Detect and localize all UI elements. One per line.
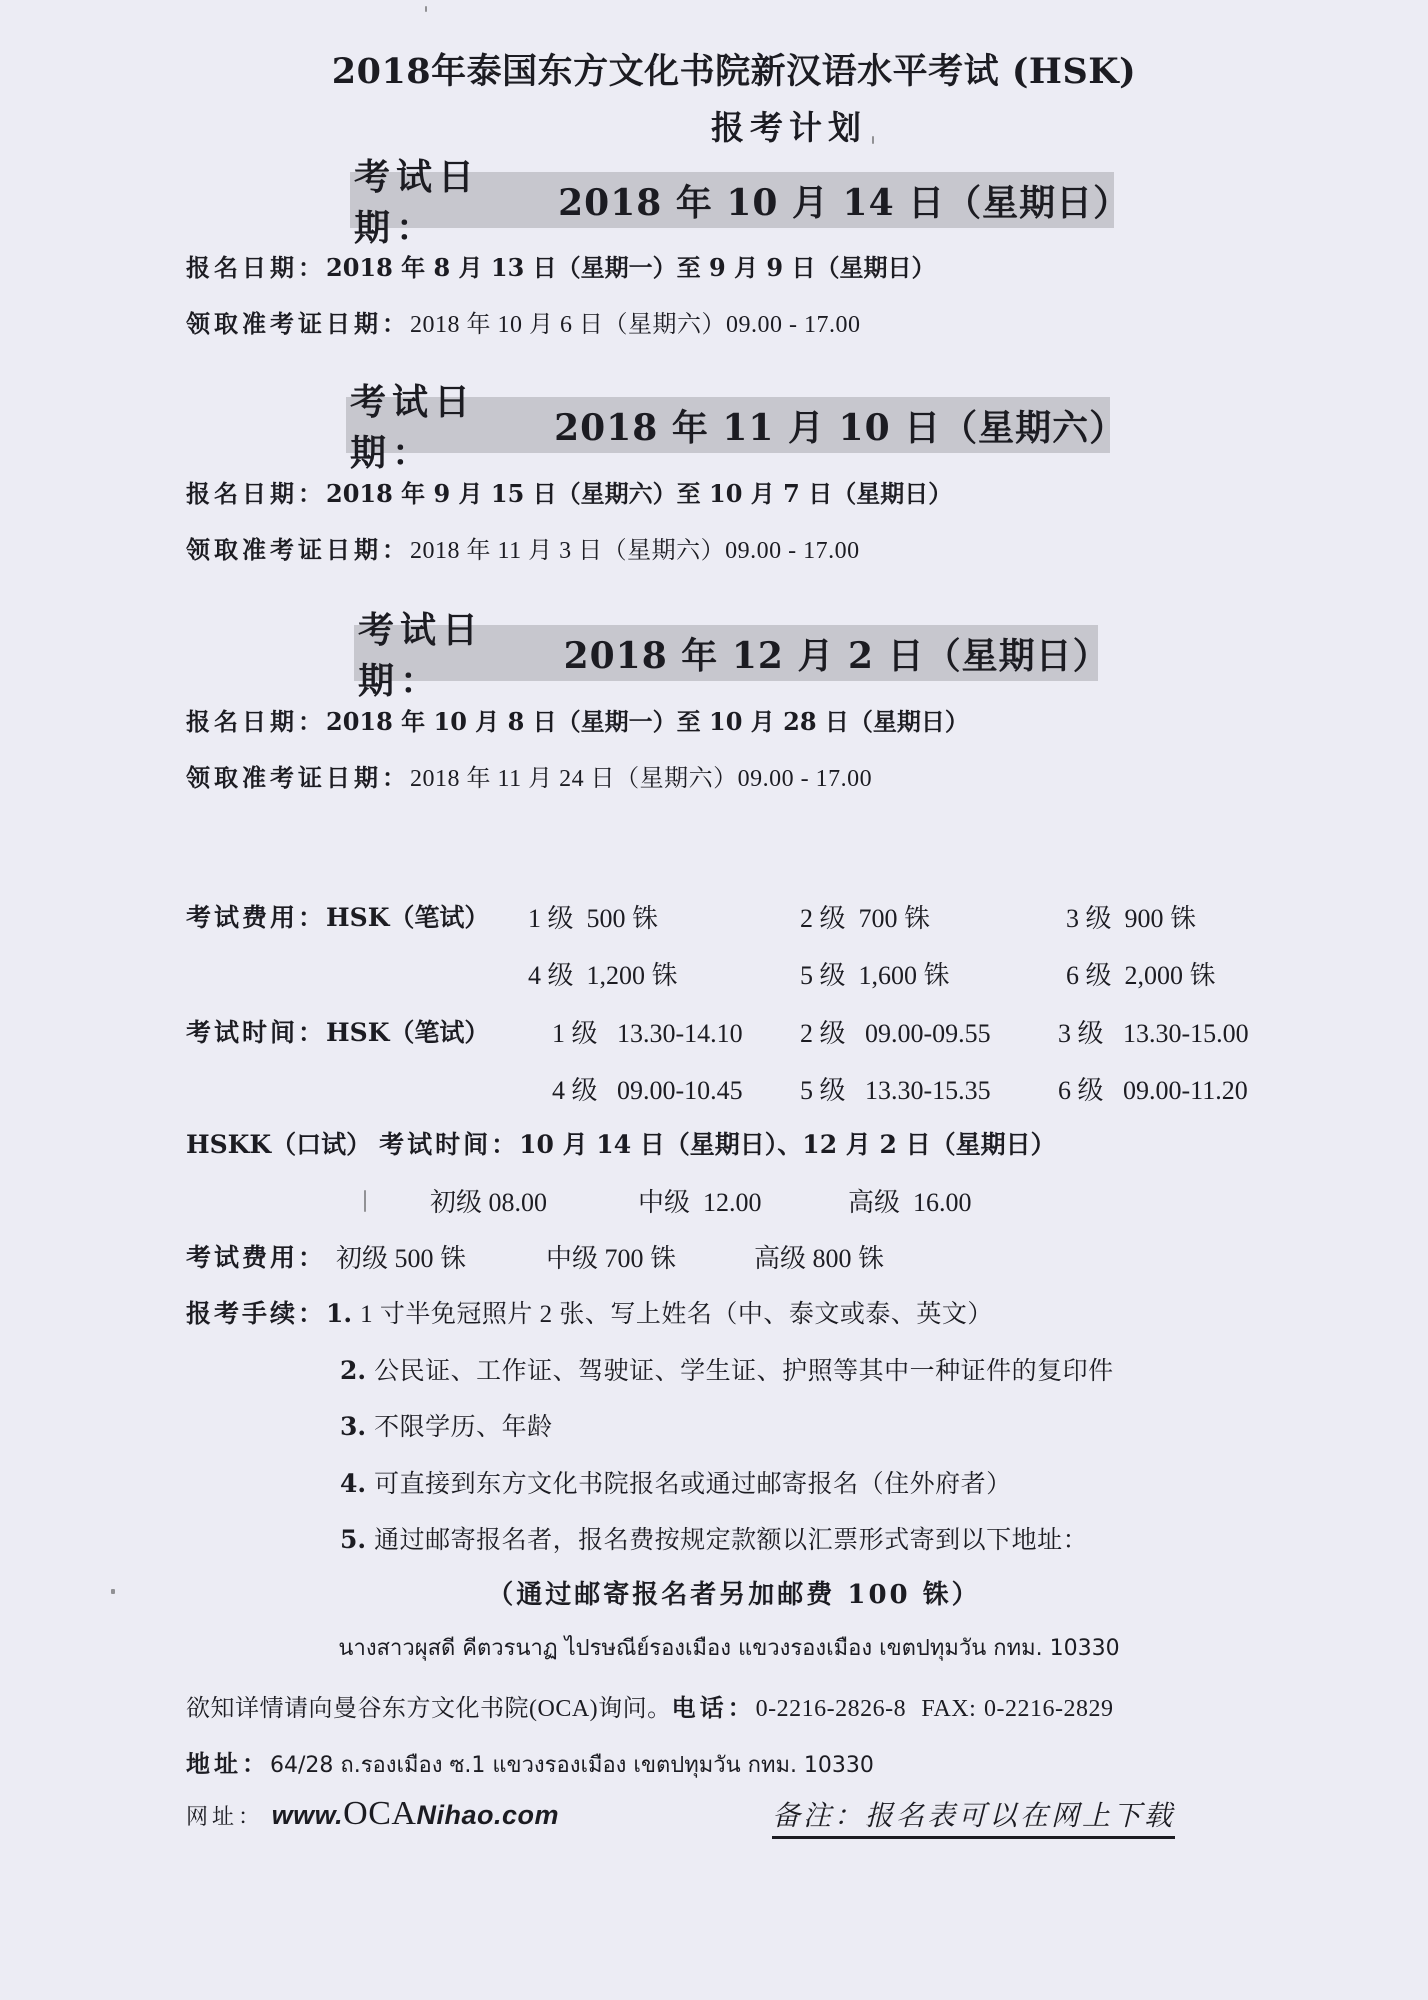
hskk-time-advanced: 高级 16.00 [848, 1182, 972, 1219]
time-cell-level-3: 3 级 13.30-15.00 [1058, 1013, 1249, 1050]
inquiry-text: 欲知详情请向曼谷东方文化书院(OCA)询问。 [186, 1696, 672, 1722]
ticket-value: 2018 年 11 月 24 日（星期六）09.00 - 17.00 [410, 766, 872, 792]
fax-label: FAX: [921, 1696, 976, 1722]
hskk-fee-advanced: 高级 800 铢 [754, 1238, 884, 1275]
registration-value: 2018 年 8 月 13 日（星期一）至 9 月 9 日（星期日） [326, 253, 936, 282]
exam-date-banner-3: 考试日期： 2018 年 12 月 2 日（星期日） [354, 625, 1098, 681]
registration-label: 报名日期： [186, 479, 326, 508]
phone-label: 电话： [672, 1693, 756, 1722]
registration-label: 报名日期： [186, 253, 326, 282]
scan-speck [111, 1589, 115, 1594]
time-cell-level-2: 2 级 09.00-09.55 [800, 1013, 991, 1050]
registration-period-1: 报名日期：2018 年 8 月 13 日（星期一）至 9 月 9 日（星期日） [186, 248, 936, 283]
procedure-item-1: 报考手续：1. 1 寸半免冠照片 2 张、写上姓名（中、泰文或泰、英文） [186, 1294, 993, 1330]
fee-cell-level-6: 6 级 2,000 铢 [1066, 955, 1216, 992]
fees-label: 考试费用： [186, 903, 326, 932]
time-cell-level-1: 1 级 13.30-14.10 [552, 1013, 743, 1050]
admission-ticket-date-3: 领取准考证日期：2018 年 11 月 24 日（星期六）09.00 - 17.… [186, 758, 872, 793]
fee-cell-level-1: 1 级 500 铢 [528, 898, 658, 935]
fee-cell-level-4: 4 级 1,200 铢 [528, 955, 678, 992]
hskk-fee-intermediate: 中级 700 铢 [546, 1238, 676, 1275]
mail-address-thai: นางสาวผุสดี คีตวรนาฏ ไปรษณีย์รองเมือง แข… [0, 1630, 1428, 1665]
times-label: 考试时间： [186, 1018, 326, 1047]
fees-exam-type: HSK（笔试） [326, 903, 489, 932]
hskk-time-label: 考试时间： [379, 1130, 519, 1159]
scan-artifact-mark [364, 1190, 366, 1212]
hskk-time-beginner: 初级 08.00 [430, 1182, 547, 1219]
procedure-item-3: 3. 不限学历、年龄 [340, 1407, 553, 1443]
scan-speck [872, 136, 874, 144]
contact-info-line: 欲知详情请向曼谷东方文化书院(OCA)询问。电话：0-2216-2826-8 F… [186, 1688, 1113, 1723]
hskk-fee-beginner: 初级 500 铢 [336, 1238, 466, 1275]
website-link[interactable]: www.OCANihao.com [272, 1800, 559, 1830]
fee-cell-level-5: 5 级 1,600 铢 [800, 955, 950, 992]
exam-date-banner-1: 考试日期： 2018 年 10 月 14 日（星期日） [350, 172, 1114, 228]
registration-period-3: 报名日期：2018 年 10 月 8 日（星期一）至 10 月 28 日（星期日… [186, 702, 969, 737]
exam-date-label: 考试日期： [350, 374, 554, 476]
exam-date-label: 考试日期： [354, 149, 558, 251]
hsk-times-heading: 考试时间：HSK（笔试） [186, 1013, 489, 1049]
address-value: 64/28 ถ.รองเมือง ซ.1 แขวงรองเมือง เขตปทุ… [270, 1753, 874, 1778]
time-cell-level-6: 6 级 09.00-11.20 [1058, 1070, 1248, 1107]
hskk-schedule-heading: HSKK（口试） 考试时间：10 月 14 日（星期日）、12 月 2 日（星期… [186, 1125, 1056, 1161]
hskk-fee-label: 考试费用： [186, 1243, 326, 1272]
hskk-exam-type: HSKK（口试） [186, 1130, 371, 1159]
exam-date-value: 2018 年 11 月 10 日（星期六） [554, 400, 1110, 451]
ticket-label: 领取准考证日期： [186, 309, 410, 338]
hsk-registration-plan-document: 2018年泰国东方文化书院新汉语水平考试 (HSK) 报考计划 考试日期： 20… [0, 0, 1428, 2000]
scan-speck [425, 6, 427, 12]
ticket-label: 领取准考证日期： [186, 535, 410, 564]
procedure-item-5: 5. 通过邮寄报名者，报名费按规定款额以汇票形式寄到以下地址： [340, 1520, 1088, 1556]
website-label: 网址： [186, 1805, 264, 1830]
download-form-note: 备注：报名表可以在网上下载 [772, 1794, 1175, 1839]
registration-value: 2018 年 9 月 15 日（星期六）至 10 月 7 日（星期日） [326, 479, 952, 508]
fee-cell-level-2: 2 级 700 铢 [800, 898, 930, 935]
address-label: 地址： [186, 1749, 270, 1778]
registration-label: 报名日期： [186, 707, 326, 736]
admission-ticket-date-2: 领取准考证日期：2018 年 11 月 3 日（星期六）09.00 - 17.0… [186, 530, 860, 565]
hskk-time-intermediate: 中级 12.00 [638, 1182, 762, 1219]
procedure-item-2: 2. 公民证、工作证、驾驶证、学生证、护照等其中一种证件的复印件 [340, 1351, 1114, 1387]
registration-value: 2018 年 10 月 8 日（星期一）至 10 月 28 日（星期日） [326, 707, 969, 736]
hskk-dates: 10 月 14 日（星期日）、12 月 2 日（星期日） [519, 1130, 1056, 1159]
procedures-label: 报考手续： [186, 1299, 326, 1328]
postage-note: （通过邮寄报名者另加邮费 100 铢） [0, 1574, 1428, 1611]
times-exam-type: HSK（笔试） [326, 1018, 489, 1047]
hsk-fees-heading: 考试费用：HSK（笔试） [186, 898, 489, 934]
document-subtitle: 报考计划 [0, 102, 1428, 149]
ticket-label: 领取准考证日期： [186, 763, 410, 792]
registration-period-2: 报名日期：2018 年 9 月 15 日（星期六）至 10 月 7 日（星期日） [186, 474, 952, 509]
fax-number: 0-2216-2829 [984, 1696, 1113, 1722]
fee-cell-level-3: 3 级 900 铢 [1066, 898, 1196, 935]
phone-number: 0-2216-2826-8 [756, 1696, 906, 1722]
admission-ticket-date-1: 领取准考证日期：2018 年 10 月 6 日（星期六）09.00 - 17.0… [186, 304, 861, 339]
document-title: 2018年泰国东方文化书院新汉语水平考试 (HSK) [0, 44, 1428, 94]
time-cell-level-4: 4 级 09.00-10.45 [552, 1070, 743, 1107]
exam-date-value: 2018 年 10 月 14 日（星期日） [558, 175, 1114, 226]
exam-date-value: 2018 年 12 月 2 日（星期日） [564, 628, 1098, 679]
exam-date-banner-2: 考试日期： 2018 年 11 月 10 日（星期六） [346, 397, 1110, 453]
ticket-value: 2018 年 11 月 3 日（星期六）09.00 - 17.00 [410, 538, 860, 564]
website-line: 网址： www.OCANihao.com [186, 1795, 559, 1833]
ticket-value: 2018 年 10 月 6 日（星期六）09.00 - 17.00 [410, 312, 861, 338]
time-cell-level-5: 5 级 13.30-15.35 [800, 1070, 991, 1107]
procedure-item-4: 4. 可直接到东方文化书院报名或通过邮寄报名（住外府者） [340, 1464, 1012, 1500]
exam-date-label: 考试日期： [358, 602, 564, 704]
address-line: 地址：64/28 ถ.รองเมือง ซ.1 แขวงรองเมือง เขต… [186, 1744, 874, 1782]
hskk-fees-row: 考试费用： [186, 1238, 326, 1274]
